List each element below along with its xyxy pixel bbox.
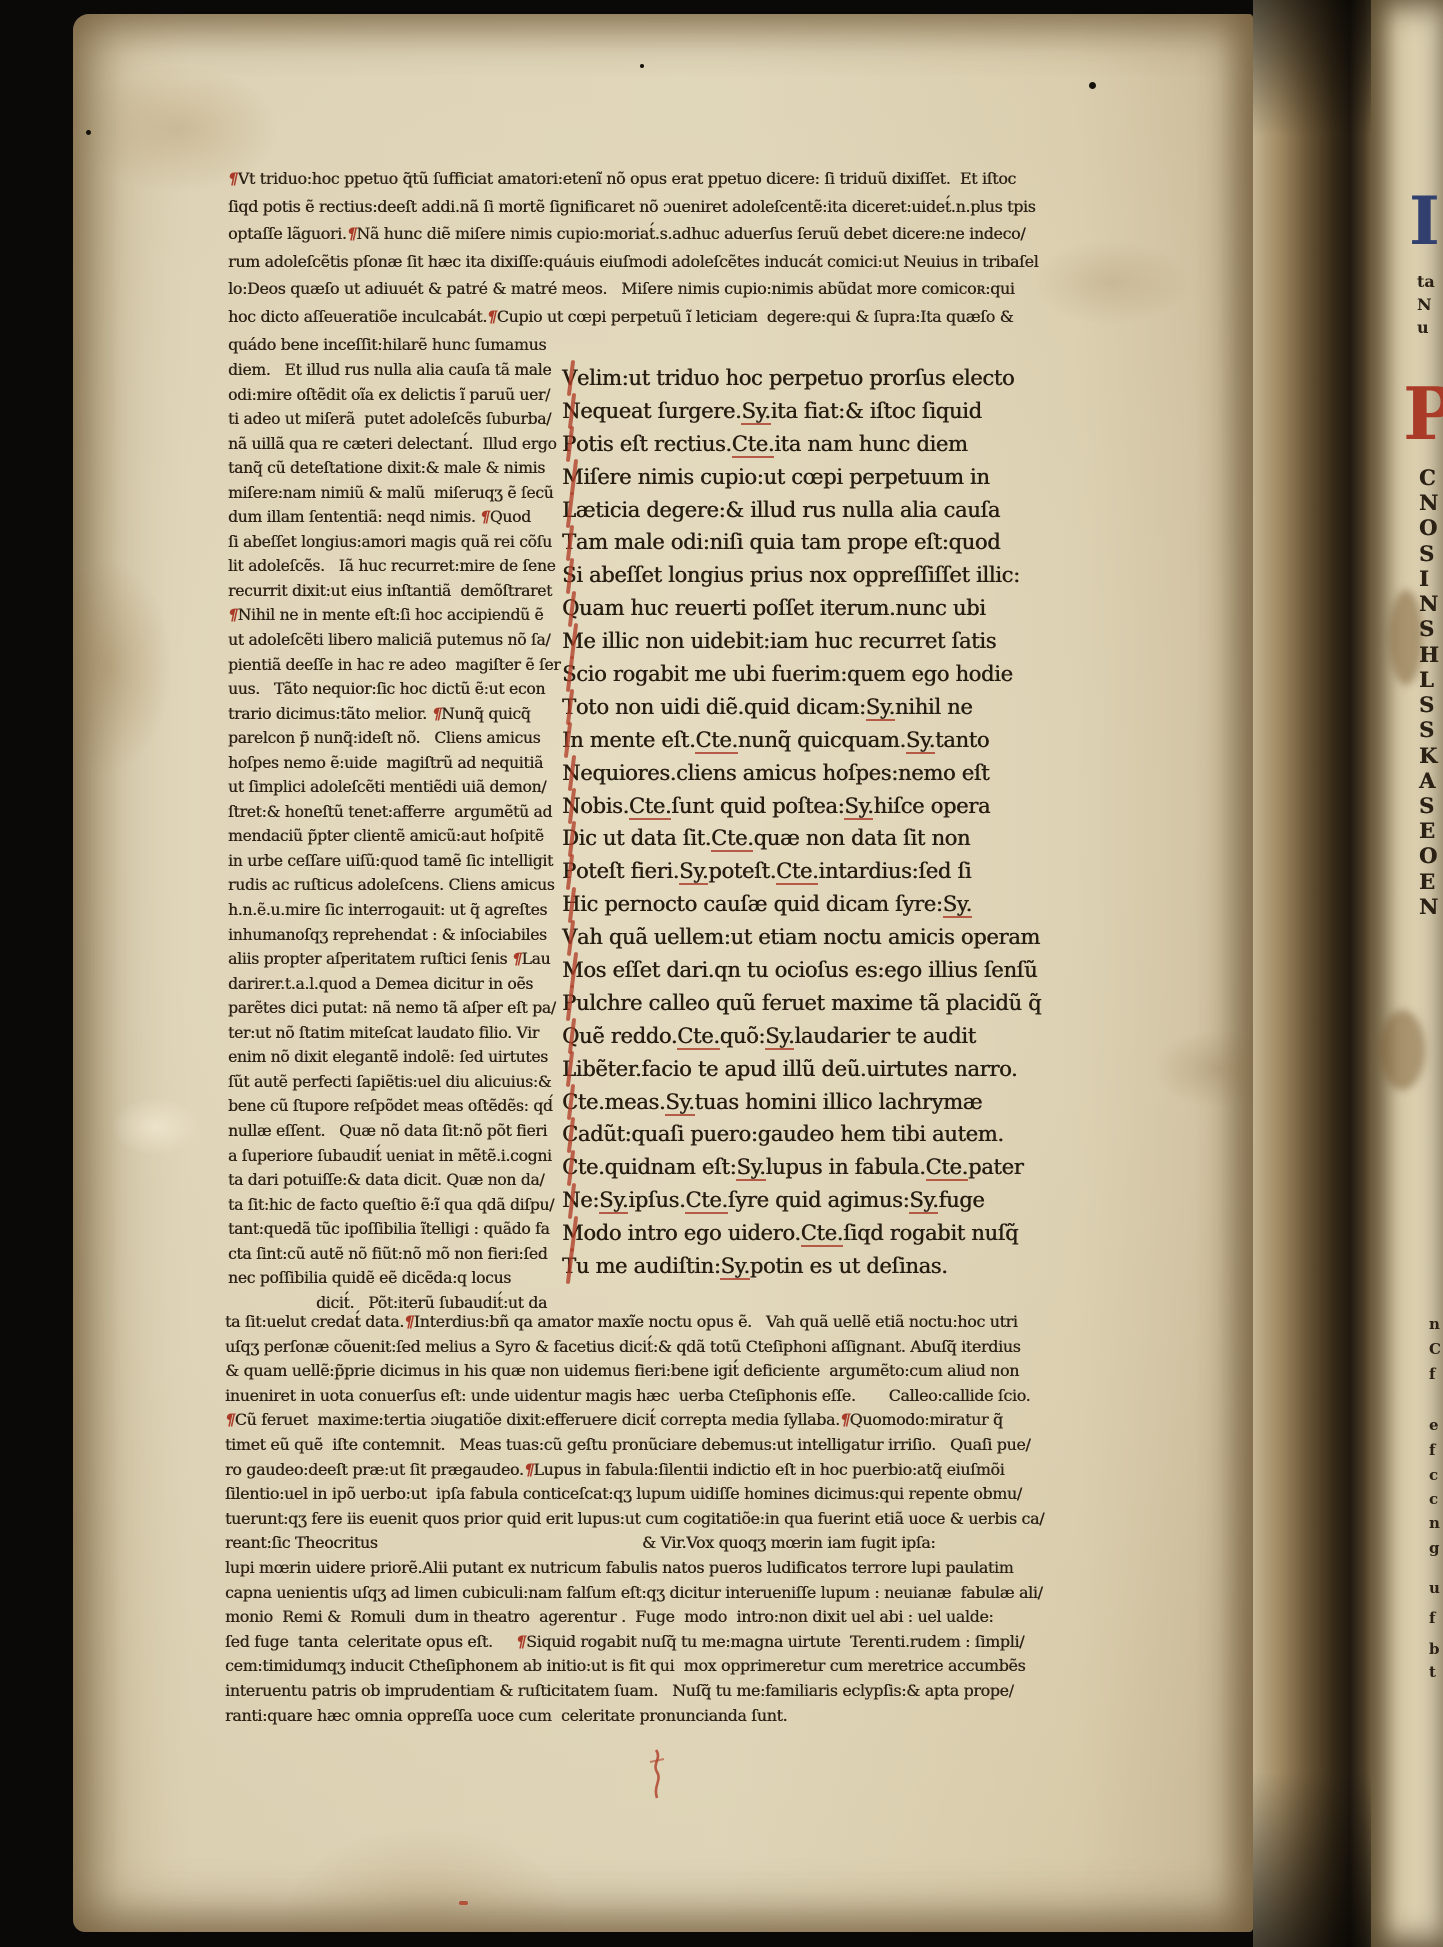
speaker-abbrev: Cte.	[711, 826, 753, 852]
text-line: Nequiores.cliens amicus hoſpes:nemo eſt	[562, 757, 1017, 790]
ink-speck	[640, 64, 644, 68]
text-line: parelcon p̃ nunq̃:ideſt nõ. Cliens amicu…	[228, 726, 568, 751]
verse-initial: T	[562, 691, 576, 724]
letter-fragment: S	[1419, 616, 1434, 641]
red-ornament-mark	[646, 1748, 668, 1800]
text-line: inueniret in uota conuerſus eſt: unde ui…	[225, 1384, 1037, 1409]
text-line: Tu me audiſtin:Sy.potin es ut deſinas.	[562, 1250, 1017, 1283]
text-line: ta ſit:uelut credat́ data.¶Interdius:bñ …	[225, 1310, 1037, 1335]
text-line: ſilentio:uel in ipõ uerbo:ut ipſa fabula…	[225, 1482, 1037, 1507]
text-line: cta ſint:cũ autẽ nõ fiũt:nõ mõ non fieri…	[228, 1242, 568, 1267]
text-line: tanq̃ cũ deteſtatione dixit:& male & nim…	[228, 456, 568, 481]
text-line: nec poſſibilia quidẽ eẽ dicẽda:q locus	[228, 1266, 568, 1291]
text-line: Toto non uidi diẽ.quid dicam:Sy.nihil ne	[562, 691, 1017, 724]
text-line: inhumanoſqʒ reprehendat : & inſociabiles	[228, 923, 568, 948]
text-line: mendaciũ p̃pter clientẽ amicũ:aut hoſpit…	[228, 824, 568, 849]
verse-initial: N	[562, 1184, 580, 1217]
verse-initial: M	[562, 1217, 583, 1250]
letter-fragment: f	[1429, 1365, 1435, 1383]
text-line: Me illic non uidebit:iam huc recurret ſa…	[562, 625, 1017, 658]
text-line: Tam male odi:niſi quia tam prope eſt:quo…	[562, 526, 1017, 559]
verse-initial: T	[562, 526, 576, 559]
letter-fragment: S	[1419, 541, 1434, 566]
text-line: ſiqd potis ẽ rectius:deeſt addi.nã ſi mo…	[228, 193, 1033, 221]
pilcrow-mark: ¶	[837, 1408, 852, 1433]
verse-initial: C	[562, 1086, 578, 1119]
text-line: tuerunt:qʒ fere iis euenit quos prior qu…	[225, 1507, 1037, 1532]
text-line: recurrit dixit:ut eius inſtantiã demõſtr…	[228, 579, 568, 604]
letter-fragment: E	[1419, 818, 1435, 843]
text-line: ſi abeſſet longius:amori magis quã rei c…	[228, 530, 568, 555]
text-line: optaſſe lãguori.¶Nã hunc diẽ miſere nimi…	[228, 220, 1033, 248]
text-line: tant:quedã tũc ipoſſibilia ĩtelligi : qu…	[228, 1217, 568, 1242]
letter-fragment: e	[1429, 1416, 1439, 1434]
letter-fragment: g	[1429, 1539, 1440, 1557]
text-line: aliis propter aſperitatem ruſtici ſenis …	[228, 947, 568, 972]
verse-initial: M	[562, 625, 583, 658]
text-line: Si abeſſet longius prius nox oppreſſiſſe…	[562, 559, 1017, 592]
text-line: timet eũ quẽ iſte contemnit. Meas tuas:c…	[225, 1433, 1037, 1458]
text-line: lit adoleſcẽs. Iã huc recurret:mire de ſ…	[228, 554, 568, 579]
text-line: parẽtes dici putat: nã nemo tã aſper eſt…	[228, 996, 568, 1021]
letter-fragment: c	[1429, 1490, 1438, 1508]
text-line: ter:ut nõ ſtatim miteſcat laudato filio.…	[228, 1021, 568, 1046]
text-line: Ne:Sy.ipſus.Cte.ſyre quid agimus:Sy.fuge	[562, 1184, 1017, 1217]
text-line: Mos eſſet dari.qn tu ocioſus es:ego illi…	[562, 954, 1017, 987]
letter-fragment: u	[1417, 318, 1429, 337]
top-commentary-block: ¶Vt triduo:hoc ppetuo q̃tũ ſufficiat ama…	[228, 165, 1033, 358]
letter-fragment: t	[1429, 1663, 1436, 1681]
letter-fragment: u	[1429, 1579, 1440, 1597]
letter-fragment: f	[1429, 1441, 1435, 1459]
pilcrow-mark: ¶	[344, 220, 360, 248]
letter-fragment: C	[1429, 1340, 1441, 1358]
letter-fragment: c	[1429, 1466, 1438, 1484]
text-line: Potis eſt rectius.Cte.ita nam hunc diem	[562, 428, 1017, 461]
speaker-abbrev: Cte.	[801, 1221, 843, 1247]
letter-fragment: K	[1419, 743, 1437, 768]
text-line: a ſuperiore ſubaudit́ ueniat in mẽtẽ.i.c…	[228, 1144, 568, 1169]
speaker-abbrev: Cte.	[926, 1155, 968, 1181]
letter-fragment: O	[1419, 843, 1437, 868]
text-line: ¶Nihil ne in mente eſt:ſi hoc accipiendũ…	[228, 603, 568, 628]
letter-fragment: n	[1429, 1315, 1440, 1333]
stain-blob	[1379, 1010, 1425, 1090]
speaker-abbrev: Sy.	[741, 399, 770, 425]
speaker-abbrev: Cte.	[629, 794, 671, 820]
text-line: trario dicimus:tãto melior. ¶Nunq̃ quicq…	[228, 702, 568, 727]
verse-initial: Q	[562, 1020, 579, 1053]
text-line: Cte.meas.Sy.tuas homini illico lachrymæ	[562, 1086, 1017, 1119]
verse-initial: M	[562, 461, 583, 494]
pilcrow-mark: ¶	[225, 165, 241, 193]
text-line: Nequeat ſurgere.Sy.ita fiat:& iſtoc ſiqu…	[562, 395, 1017, 428]
text-line: In mente eſt.Cte.nunq̃ quicquam.Sy.tanto	[562, 724, 1017, 757]
speaker-abbrev: Sy.	[720, 1254, 749, 1280]
text-line: hoc dicto aſſeueratiõe inculcabát.¶Cupio…	[228, 303, 1033, 331]
text-line: ta dari potuiſſe:& data dicit. Quæ non d…	[228, 1168, 568, 1193]
letter-fragment: O	[1419, 515, 1437, 540]
pilcrow-mark: ¶	[509, 947, 524, 972]
letter-fragment: N	[1417, 295, 1432, 314]
letter-fragment: I	[1419, 566, 1429, 591]
text-line: lo:Deos quæſo ut adiuuét & patré & matré…	[228, 275, 1033, 303]
text-line: in urbe ceſſare uiſũ:quod tamẽ ſic intel…	[228, 849, 568, 874]
text-line: Cte.quidnam eſt:Sy.lupus in fabula.Cte.p…	[562, 1151, 1017, 1184]
verse-initial: N	[562, 757, 580, 790]
letter-fragment: n	[1429, 1514, 1440, 1532]
text-line: Cadũt:quaſi puero:gaudeo hem tibi autem.	[562, 1118, 1017, 1151]
text-line: reant:ſic Theocritus & Vir.Vox quoqʒ mœr…	[225, 1531, 1037, 1556]
verse-initial: M	[562, 954, 583, 987]
verse-initial: P	[562, 428, 576, 461]
verse-initial: C	[562, 1118, 578, 1151]
text-line: interuentu patris ob imprudentiam & ruſt…	[225, 1679, 1037, 1704]
text-line: bene cũ ſtupore reſpõdet meas oſtẽdẽs: q…	[228, 1094, 568, 1119]
verse-initial: P	[562, 855, 576, 888]
book-scan-spread: { "top_block": { "lines": [ "¶Vt triduo:…	[0, 0, 1443, 1947]
binding-gutter	[1253, 0, 1371, 1947]
text-line: ¶Cũ feruet maxime:tertia ɔiugatiõe dixit…	[225, 1408, 1037, 1433]
text-line: quádo bene inceſſit:hilarẽ hunc ſumamus	[228, 331, 1033, 359]
text-line: diem. Et illud rus nulla alia cauſa tã m…	[228, 358, 568, 383]
speaker-abbrev: Sy.	[765, 1024, 794, 1050]
text-line: Quẽ reddo.Cte.quõ:Sy.laudarier te audit	[562, 1020, 1017, 1053]
text-line: capna uenientis uſqʒ ad limen cubiculi:n…	[225, 1581, 1037, 1606]
speaker-abbrev: Sy.	[599, 1188, 628, 1214]
speaker-abbrev: Sy.	[665, 1090, 694, 1116]
text-line: ¶Vt triduo:hoc ppetuo q̃tũ ſufficiat ama…	[228, 165, 1033, 193]
verse-initial: C	[562, 1151, 578, 1184]
text-line: darirer.t.a.l.quod a Demea dicitur in oẽ…	[228, 972, 568, 997]
red-speck	[459, 1901, 468, 1905]
verse-initial: Q	[562, 592, 579, 625]
speaker-abbrev: Sy.	[736, 1155, 765, 1181]
letter-fragment: S	[1419, 793, 1434, 818]
ink-speck	[1089, 82, 1096, 89]
text-line: ti adeo ut miſerã putet adoleſcẽs ſuburb…	[228, 407, 568, 432]
text-line: pientiã deeſſe in hac re adeo magiſter ẽ…	[228, 653, 568, 678]
letter-fragment: E	[1419, 869, 1435, 894]
text-line: Poteſt fieri.Sy.poteſt.Cte.intardius:ſed…	[562, 855, 1017, 888]
facing-page-edge: I P taNu CNOSINSHLSSKASEOEN nCfefccngufb…	[1371, 0, 1443, 1947]
text-line: lupi mœrin uidere priorẽ.Alii putant ex …	[225, 1556, 1037, 1581]
text-line: Pulchre calleo quũ feruet maxime tã plac…	[562, 987, 1017, 1020]
speaker-abbrev: Sy.	[906, 728, 935, 754]
letter-fragment: S	[1419, 692, 1434, 717]
text-line: Quam huc reuerti poſſet iterum.nunc ubi	[562, 592, 1017, 625]
letter-fragment: S	[1419, 717, 1434, 742]
text-line: uſqʒ perſonæ cõuenit:ſed melius a Syro &…	[225, 1335, 1037, 1360]
red-initial-fragment: P	[1403, 382, 1443, 447]
ink-speck	[86, 130, 91, 135]
speaker-abbrev: Sy.	[844, 794, 873, 820]
verse-initial: P	[562, 987, 576, 1020]
verse-initial: H	[562, 888, 580, 921]
text-line: ut adoleſcẽti libero maliciã putemus nõ …	[228, 628, 568, 653]
text-line: uus. Tãto nequior:ſic hoc dictũ ẽ:ut eco…	[228, 677, 568, 702]
text-line: ſtret:& honeſtũ tenet:afferre argumẽtũ a…	[228, 800, 568, 825]
verse-initial: D	[562, 822, 579, 855]
text-line: Libẽter.facio te apud illũ deũ.uirtutes …	[562, 1053, 1017, 1086]
letter-fragment: N	[1419, 490, 1438, 515]
text-line: nullæ eſſent. Quæ nõ data ſit:nõ põt fie…	[228, 1119, 568, 1144]
text-line: ſed fuge tanta celeritate opus eſt. ¶Siq…	[225, 1630, 1037, 1655]
bottom-commentary-block: ta ſit:uelut credat́ data.¶Interdius:bñ …	[225, 1310, 1037, 1728]
text-line: nã uillã qua re cæteri delectant́. Illud…	[228, 432, 568, 457]
verse-initial: S	[562, 658, 576, 691]
text-line: ut ſimplici adoleſcẽti mentiẽdi uiã demo…	[228, 775, 568, 800]
letter-fragment: C	[1419, 465, 1436, 490]
text-line: enim nõ dixit elegantẽ indolẽ: ſed uirtu…	[228, 1045, 568, 1070]
letter-fragment: N	[1419, 894, 1438, 919]
pilcrow-mark: ¶	[225, 603, 240, 628]
text-line: miſere:nam nimiũ & malũ miſeruqʒ ẽ ſecũ	[228, 481, 568, 506]
letter-fragment: N	[1419, 591, 1438, 616]
text-line: Modo intro ego uidero.Cte.ſiqd rogabit n…	[562, 1217, 1017, 1250]
text-line: monio Remi & Romuli dum in theatro agere…	[225, 1605, 1037, 1630]
verse-initial: L	[562, 494, 576, 527]
text-line: ta ſit:hic de facto queſtio ẽ:ĩ qua qdã …	[228, 1193, 568, 1218]
letter-fragment: L	[1419, 667, 1434, 692]
stain-blob	[1389, 590, 1423, 685]
text-line: Scio rogabit me ubi fuerim:quem ego hodi…	[562, 658, 1017, 691]
pilcrow-mark: ¶	[484, 303, 500, 331]
speaker-abbrev: Cte.	[732, 432, 774, 458]
text-line: odi:mire oſtẽdit oĩa ex delictis ĩ paruũ…	[228, 383, 568, 408]
speaker-abbrev: Sy.	[679, 859, 708, 885]
text-line: & quam uellẽ:p̃prie dicimus in his quæ n…	[225, 1359, 1037, 1384]
text-line: rum adoleſcẽtis pſonæ ſit hæc ita dixiſſ…	[228, 248, 1033, 276]
text-line: Velim:ut triduo hoc perpetuo prorſus ele…	[562, 362, 1017, 395]
text-line: ro gaudeo:deeſt præ:ut ſit prægaudeo.¶Lu…	[225, 1458, 1037, 1483]
verse-initial: T	[562, 1250, 576, 1283]
letter-fragment: f	[1429, 1609, 1435, 1627]
letter-fragment: H	[1419, 642, 1439, 667]
text-line: Dic ut data ſit.Cte.quæ non data ſit non	[562, 822, 1017, 855]
pilcrow-mark: ¶	[478, 505, 493, 530]
text-line: Hic pernocto cauſæ quid dicam ſyre:Sy.	[562, 888, 1017, 921]
left-commentary-column: diem. Et illud rus nulla alia cauſa tã m…	[228, 358, 568, 1315]
verse-initial: N	[562, 395, 580, 428]
text-line: ſũt autẽ perfecti ſapiẽtis:uel diu alicu…	[228, 1070, 568, 1095]
blue-initial-fragment: I	[1409, 192, 1440, 251]
text-line: ranti:quare hæc omnia oppreſſa uoce cum …	[225, 1704, 1037, 1729]
pilcrow-mark: ¶	[401, 1310, 416, 1335]
speaker-abbrev: Cte.	[776, 859, 818, 885]
speaker-abbrev: Cte.	[695, 728, 737, 754]
speaker-abbrev: Sy.	[943, 892, 972, 918]
text-line: rudis ac ruſticus adoleſcens. Cliens ami…	[228, 873, 568, 898]
verse-initial: L	[562, 1053, 576, 1086]
speaker-abbrev: Cte.	[685, 1188, 727, 1214]
text-line: Læticia degere:& illud rus nulla alia ca…	[562, 494, 1017, 527]
verse-initial: N	[562, 790, 580, 823]
text-line: Miſere nimis cupio:ut cœpi perpetuum in	[562, 461, 1017, 494]
letter-fragment: b	[1429, 1640, 1440, 1658]
text-line: hoſpes nemo ẽ:uide magiſtrũ ad nequitiã	[228, 751, 568, 776]
letter-fragment: A	[1419, 768, 1435, 793]
pilcrow-mark: ¶	[514, 1630, 529, 1655]
text-line: Nobis.Cte.ſunt quid poſtea:Sy.hiſce oper…	[562, 790, 1017, 823]
text-line: h.n.ẽ.u.mire ſic interrogauit: ut q̃ agr…	[228, 898, 568, 923]
speaker-abbrev: Sy.	[866, 695, 895, 721]
verse-initial: V	[562, 362, 577, 395]
text-line: cem:timidumqʒ inducit Ctheſiphonem ab in…	[225, 1654, 1037, 1679]
letter-fragment: ta	[1417, 272, 1435, 291]
text-line: dum illam ſententiã: neqd nimis. ¶Quod	[228, 505, 568, 530]
pilcrow-mark: ¶	[222, 1408, 237, 1433]
speaker-abbrev: Cte.	[677, 1024, 719, 1050]
text-line: Vah quã uellem:ut etiam noctu amicis ope…	[562, 921, 1017, 954]
pilcrow-mark: ¶	[521, 1458, 536, 1483]
verse-initial: I	[562, 724, 570, 757]
speaker-abbrev: Sy.	[909, 1188, 938, 1214]
verse-initial: V	[562, 921, 577, 954]
pilcrow-mark: ¶	[429, 702, 444, 727]
verse-initial: S	[562, 559, 576, 592]
verse-text-column: Velim:ut triduo hoc perpetuo prorſus ele…	[562, 362, 1017, 1283]
